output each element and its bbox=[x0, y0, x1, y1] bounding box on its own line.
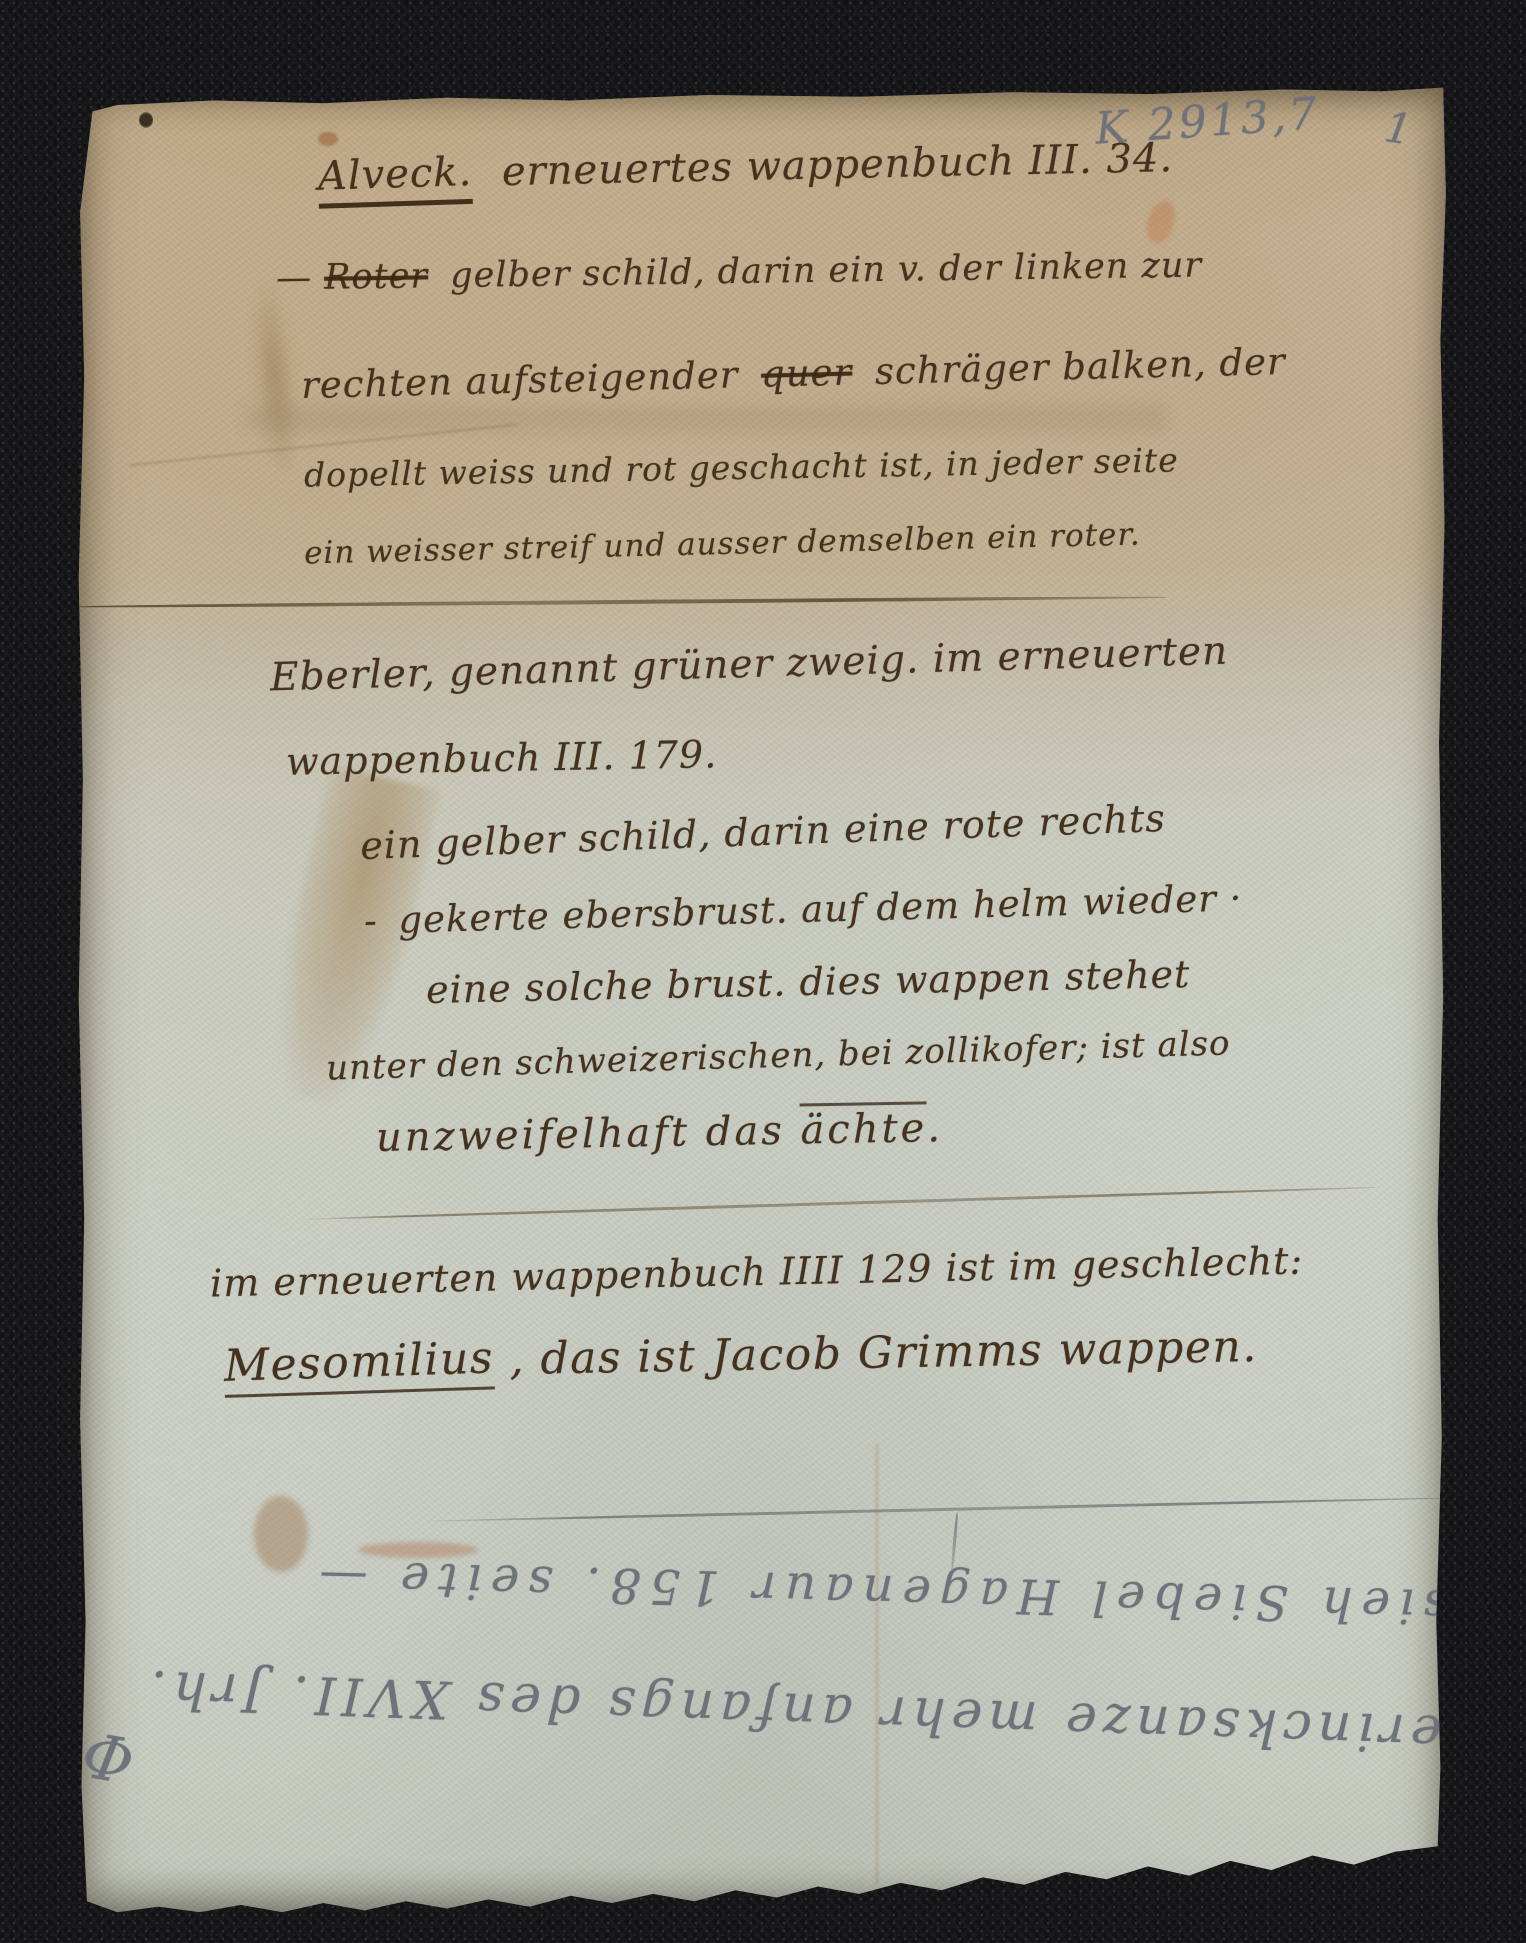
upside-down-note: sieh Siebel Hagenaur 158. seite — bbox=[177, 1545, 1448, 1634]
text-line: unter den schweizerischen, bei zollikofe… bbox=[326, 1023, 1231, 1088]
struck-word: Roter bbox=[324, 256, 428, 297]
overlined-word: ächte bbox=[800, 1101, 928, 1153]
text-line: dopellt weiss und rot geschacht ist, in … bbox=[304, 440, 1179, 494]
text-line: rechten aufsteigender quer schräger balk… bbox=[301, 340, 1287, 407]
text-line: ein weisser streif und ausser demselben … bbox=[304, 517, 1141, 572]
stain-rust-right bbox=[1142, 197, 1180, 247]
text-line: Eberler, genannt grüner zweig. im erneue… bbox=[270, 629, 1229, 701]
pencil-flourish: Φ bbox=[76, 1716, 140, 1797]
ink-divider-faint bbox=[296, 1186, 1376, 1221]
dash-mark: - bbox=[364, 899, 379, 942]
line-text: rechten aufsteigender bbox=[301, 353, 739, 407]
text-line: ein gelber schild, darin eine rote recht… bbox=[359, 796, 1166, 868]
name-underlined: Mesomilius bbox=[223, 1332, 495, 1397]
line-text: gekerte ebersbrust. auf dem helm wieder … bbox=[398, 877, 1243, 942]
text-line: unzweifelhaft das ächte. bbox=[376, 1101, 944, 1161]
heading-word-underlined: Alveck. bbox=[317, 149, 473, 209]
line-text: , das ist Jacob Grimms wappen. bbox=[509, 1321, 1258, 1385]
text-line: - gekerte ebersbrust. auf dem helm wiede… bbox=[364, 877, 1243, 943]
page-number: 1 bbox=[1381, 102, 1416, 155]
stain-rust-dot bbox=[318, 132, 338, 146]
crease-band bbox=[246, 406, 1166, 432]
text-line: eine solche brust. dies wappen stehet bbox=[426, 952, 1191, 1012]
upside-down-note: Berincksanze mehr anfangs des XVII. Jrh. bbox=[165, 1659, 1486, 1765]
dash-mark: — bbox=[276, 258, 313, 298]
text-line: wappenbuch III. 179. bbox=[286, 732, 718, 784]
line-text: unzweifelhaft das bbox=[376, 1108, 801, 1161]
entry-heading-alveck: Alveck. erneuertes wappenbuch III. 34. bbox=[318, 135, 1174, 208]
heading-text: erneuertes wappenbuch III. 34. bbox=[502, 135, 1174, 195]
pencil-divider bbox=[426, 1496, 1456, 1522]
text-line: Mesomilius , das ist Jacob Grimms wappen… bbox=[224, 1321, 1259, 1396]
scan-background: K 2913,7 1 Alveck. erneuertes wappenbuch… bbox=[0, 0, 1526, 1943]
paper-hole bbox=[139, 112, 153, 128]
line-text: . bbox=[927, 1105, 944, 1151]
struck-word: quer bbox=[761, 351, 853, 396]
line-text: schräger balken, der bbox=[874, 340, 1286, 393]
ink-divider bbox=[78, 595, 1166, 608]
text-line: — Roter gelber schild, darin ein v. der … bbox=[276, 246, 1203, 299]
stain-smudge-left bbox=[243, 272, 307, 485]
text-line: im erneuerten wappenbuch IIII 129 ist im… bbox=[210, 1239, 1304, 1306]
manuscript-page: K 2913,7 1 Alveck. erneuertes wappenbuch… bbox=[76, 84, 1450, 1914]
line-text: gelber schild, darin ein v. der linken z… bbox=[450, 246, 1202, 296]
